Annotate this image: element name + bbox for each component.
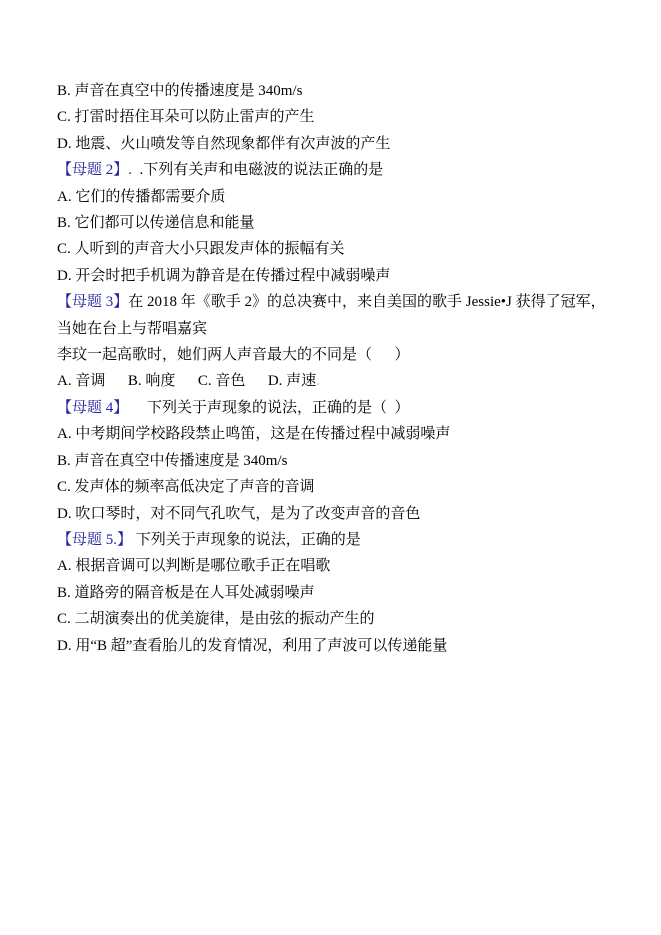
q3-stem-line1: 在 2018 年《歌手 2》的总决赛中，来自美国的歌手 Jessie•J 获得了… — [57, 294, 606, 336]
q2-header: 【母题 2】. .下列有关声和电磁波的说法正确的是 — [57, 157, 613, 183]
q3-header: 【母题 3】在 2018 年《歌手 2》的总决赛中，来自美国的歌手 Jessie… — [57, 289, 613, 342]
q2-stem: .下列有关声和电磁波的说法正确的是 — [132, 162, 383, 178]
q5-option-a: A. 根据音调可以判断是哪位歌手正在唱歌 — [57, 553, 613, 579]
exam-text-block: B. 声音在真空中的传播速度是 340m/s C. 打雷时捂住耳朵可以防止雷声的… — [57, 78, 613, 659]
q5-header: 【母题 5.】 下列关于声现象的说法，正确的是 — [57, 527, 613, 553]
q3-label: 【母题 3】 — [57, 294, 128, 310]
q1-option-d: D. 地震、火山喷发等自然现象都伴有次声波的产生 — [57, 131, 613, 157]
q4-option-b: B. 声音在真空中传播速度是 340m/s — [57, 448, 613, 474]
q3-options: A. 音调 B. 响度 C. 音色 D. 声速 — [57, 373, 316, 389]
q2-option-d: D. 开会时把手机调为静音是在传播过程中减弱噪声 — [57, 263, 613, 289]
q4-stem: 下列关于声现象的说法，正确的是（ ） — [128, 400, 409, 416]
q3-stem-line2: 李玟一起高歌时，她们两人声音最大的不同是（ ） — [57, 342, 613, 368]
q5-option-d: D. 用“B 超”查看胎儿的发育情况，利用了声波可以传递能量 — [57, 633, 613, 659]
q4-label: 【母题 4】 — [57, 400, 128, 416]
q4-option-c: C. 发声体的频率高低决定了声音的音调 — [57, 474, 613, 500]
q1-option-b: B. 声音在真空中的传播速度是 340m/s — [57, 78, 613, 104]
q5-label: 【母题 5.】 — [57, 532, 132, 548]
q4-header: 【母题 4】 下列关于声现象的说法，正确的是（ ） — [57, 395, 613, 421]
q5-option-c: C. 二胡演奏出的优美旋律，是由弦的振动产生的 — [57, 606, 613, 632]
document-page: B. 声音在真空中的传播速度是 340m/s C. 打雷时捂住耳朵可以防止雷声的… — [0, 0, 661, 935]
q1-option-c: C. 打雷时捂住耳朵可以防止雷声的产生 — [57, 104, 613, 130]
q2-option-c: C. 人听到的声音大小只跟发声体的振幅有关 — [57, 236, 613, 262]
q4-option-d: D. 吹口琴时，对不同气孔吹气，是为了改变声音的音色 — [57, 501, 613, 527]
q2-option-a: A. 它们的传播都需要介质 — [57, 184, 613, 210]
q5-stem: 下列关于声现象的说法，正确的是 — [132, 532, 361, 548]
q3-trailing-mark: . — [316, 373, 320, 389]
q2-option-b: B. 它们都可以传递信息和能量 — [57, 210, 613, 236]
q2-label: 【母题 2】. — [57, 162, 132, 178]
q5-option-b: B. 道路旁的隔音板是在人耳处减弱噪声 — [57, 580, 613, 606]
q4-option-a: A. 中考期间学校路段禁止鸣笛，这是在传播过程中减弱噪声 — [57, 421, 613, 447]
q3-options-row: A. 音调 B. 响度 C. 音色 D. 声速. — [57, 368, 613, 394]
